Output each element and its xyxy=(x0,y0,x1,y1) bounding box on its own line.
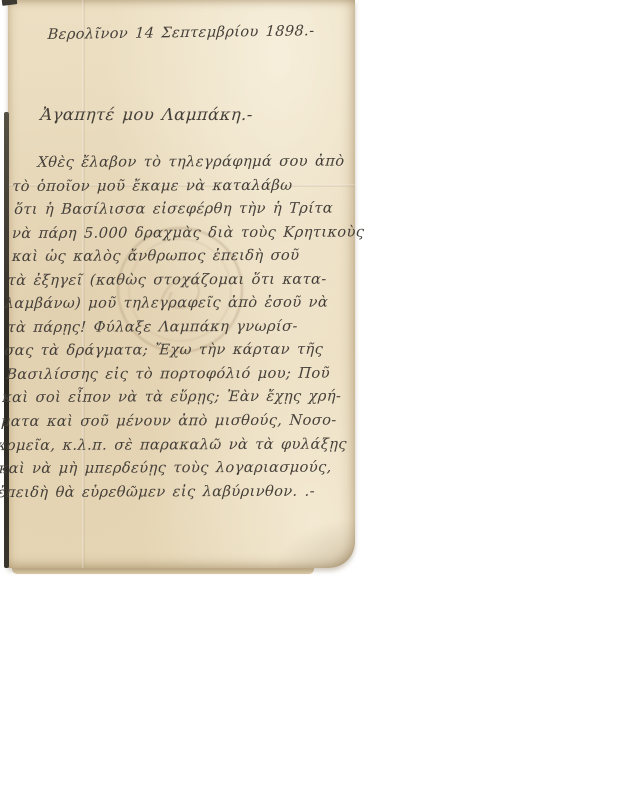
letter-line: ματα καὶ σοῦ μένουν ἀπὸ μισθούς, Νοσο- xyxy=(0,409,356,434)
letter-line: καὶ νὰ μὴ μπερδεύῃς τοὺς λογαριασμούς, xyxy=(0,456,354,481)
letter-paper: Βερολῖνον 14 Σεπτεμβρίου 1898.- Ἀγαπητέ … xyxy=(8,0,355,568)
letter-line: τὰ ἐξηγεῖ (καθὼς στοχάζομαι ὅτι κατα- xyxy=(7,267,363,292)
letter-line: ἐπειδὴ θὰ εὑρεθῶμεν εἰς λαβύρινθον. .- xyxy=(0,479,353,504)
letter-line: ὅτι ἡ Βασίλισσα εἰσεφέρθη τὴν ἡ Τρίτα xyxy=(11,197,367,222)
page-curl-shadow xyxy=(265,513,355,568)
letter-line: νὰ πάρη 5.000 δραχμὰς διὰ τοὺς Κρητικοὺς xyxy=(9,220,365,245)
letter-scan-page: Βερολῖνον 14 Σεπτεμβρίου 1898.- Ἀγαπητέ … xyxy=(0,0,618,800)
letter-dateline: Βερολῖνον 14 Σεπτεμβρίου 1898.- xyxy=(47,23,315,43)
scanner-corner-artifact xyxy=(2,0,18,6)
letter-line: Βασιλίσσης εἰς τὸ πορτοφόλιό μου; Ποῦ xyxy=(3,361,359,386)
letter-line: καὶ σοὶ εἶπον νὰ τὰ εὕρῃς; Ἐὰν ἔχῃς χρή- xyxy=(2,385,358,410)
letter-line: σας τὰ δράγματα; Ἔχω τὴν κάρταν τῆς xyxy=(4,338,360,363)
letter-body: Χθὲς ἔλαβον τὸ τηλεγράφημά σου ἀπὸ τὸ ὁπ… xyxy=(0,149,368,504)
letter-line: τὸ ὁποῖον μοῦ ἔκαμε νὰ καταλάβω xyxy=(12,173,368,198)
letter-line: Χθὲς ἔλαβον τὸ τηλεγράφημά σου ἀπὸ xyxy=(13,149,369,174)
letter-salutation: Ἀγαπητέ μου Λαμπάκη.- xyxy=(40,105,254,124)
letter-line: τὰ πάρῃς! Φύλαξε Λαμπάκη γνωρίσ- xyxy=(5,314,361,339)
letter-line: κομεῖα, κ.λ.π. σὲ παρακαλῶ νὰ τὰ φυλάξῃς xyxy=(0,432,355,457)
letter-line: καὶ ὡς καλὸς ἄνθρωπος ἐπειδὴ σοῦ xyxy=(8,244,364,269)
letter-line: λαμβάνω) μοῦ τηλεγραφεῖς ἀπὸ ἐσοῦ νὰ xyxy=(4,291,362,316)
